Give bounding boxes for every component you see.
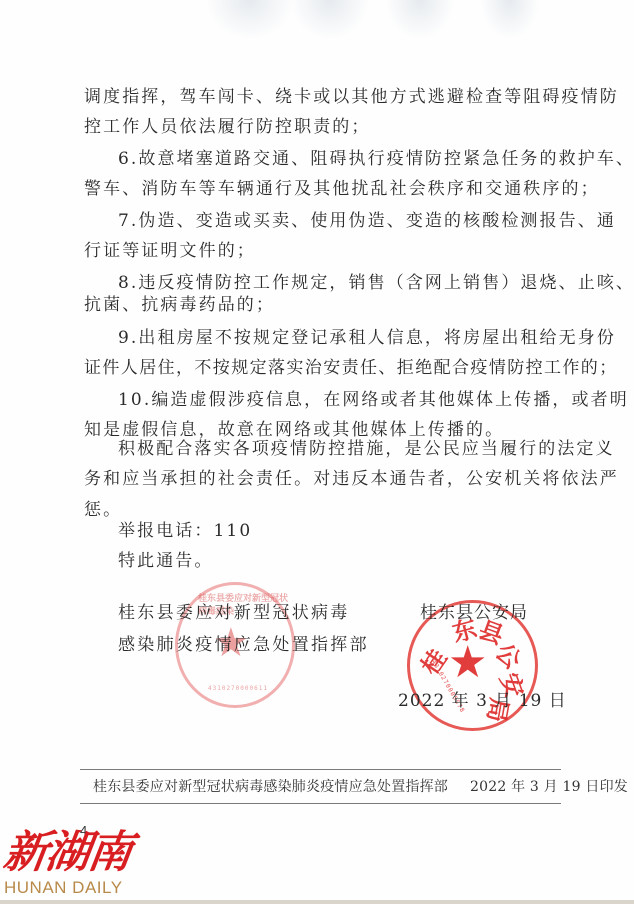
scan-bleed-mark	[290, 0, 370, 40]
signatory-left-line1: 桂东县委应对新型冠状病毒	[118, 602, 350, 624]
body-line: 惩。	[84, 499, 122, 521]
closing-text: 特此通告。	[118, 550, 214, 572]
hotline: 举报电话：110	[118, 520, 252, 542]
body-line: 8.违反疫情防控工作规定，销售（含网上销售）退烧、止咳、	[118, 272, 634, 294]
body-line: 警车、消防车等车辆通行及其他扰乱社会秩序和交通秩序的；	[84, 178, 600, 200]
logo-chinese: 新湖南	[1, 830, 133, 876]
signature-date: 2022 年 3 月 19 日	[398, 690, 567, 712]
body-line: 行证等证明文件的；	[84, 240, 256, 262]
scan-bleed-mark	[385, 0, 455, 40]
scan-bleed-mark	[480, 0, 540, 40]
footer-issued-date: 2022 年 3 月 19 日印发	[470, 779, 628, 795]
signatory-right: 桂东县公安局	[420, 602, 528, 624]
body-line: 务和应当承担的社会责任。对违反本通告者，公安机关将依法严	[84, 468, 619, 490]
scan-bleed-mark	[205, 0, 295, 40]
footer-issuer: 桂东县委应对新型冠状病毒感染肺炎疫情应急处置指挥部	[93, 779, 448, 795]
logo-english: HUNAN DAILY	[4, 878, 130, 898]
bottom-edge	[0, 900, 634, 904]
body-line: 6.故意堵塞道路交通、阻碍执行疫情防控紧急任务的救护车、	[118, 148, 634, 170]
body-line: 调度指挥，驾车闯卡、绕卡或以其他方式逃避检查等阻碍疫情防	[84, 86, 619, 108]
hunan-daily-watermark: 新湖南 HUNAN DAILY	[4, 830, 130, 898]
body-line: 抗菌、抗病毒药品的；	[84, 294, 275, 316]
document-page: 调度指挥，驾车闯卡、绕卡或以其他方式逃避检查等阻碍疫情防 控工作人员依法履行防控…	[0, 0, 634, 904]
body-line: 控工作人员依法履行防控职责的；	[84, 116, 371, 138]
star-icon: ★	[448, 641, 487, 685]
seal-code: 4310270000611	[208, 685, 268, 692]
footer-rule-bottom	[80, 803, 561, 804]
body-line: 积极配合落实各项疫情防控措施，是公民应当履行的法定义	[118, 438, 615, 460]
footer-rule-top	[80, 769, 561, 770]
signatory-left-line2: 感染肺炎疫情应急处置指挥部	[118, 634, 369, 656]
body-line: 7.伪造、变造或买卖、使用伪造、变造的核酸检测报告、通	[118, 210, 616, 232]
body-line: 10.编造虚假涉疫信息，在网络或者其他媒体上传播，或者明	[118, 389, 629, 411]
body-line: 9.出租房屋不按规定登记承租人信息，将房屋出租给无身份	[118, 327, 616, 349]
footer-issuer-line: 桂东县委应对新型冠状病毒感染肺炎疫情应急处置指挥部2022 年 3 月 19 日…	[93, 776, 628, 796]
body-line: 证件人居住，不按规定落实治安责任、拒绝配合疫情防控工作的；	[84, 357, 618, 379]
